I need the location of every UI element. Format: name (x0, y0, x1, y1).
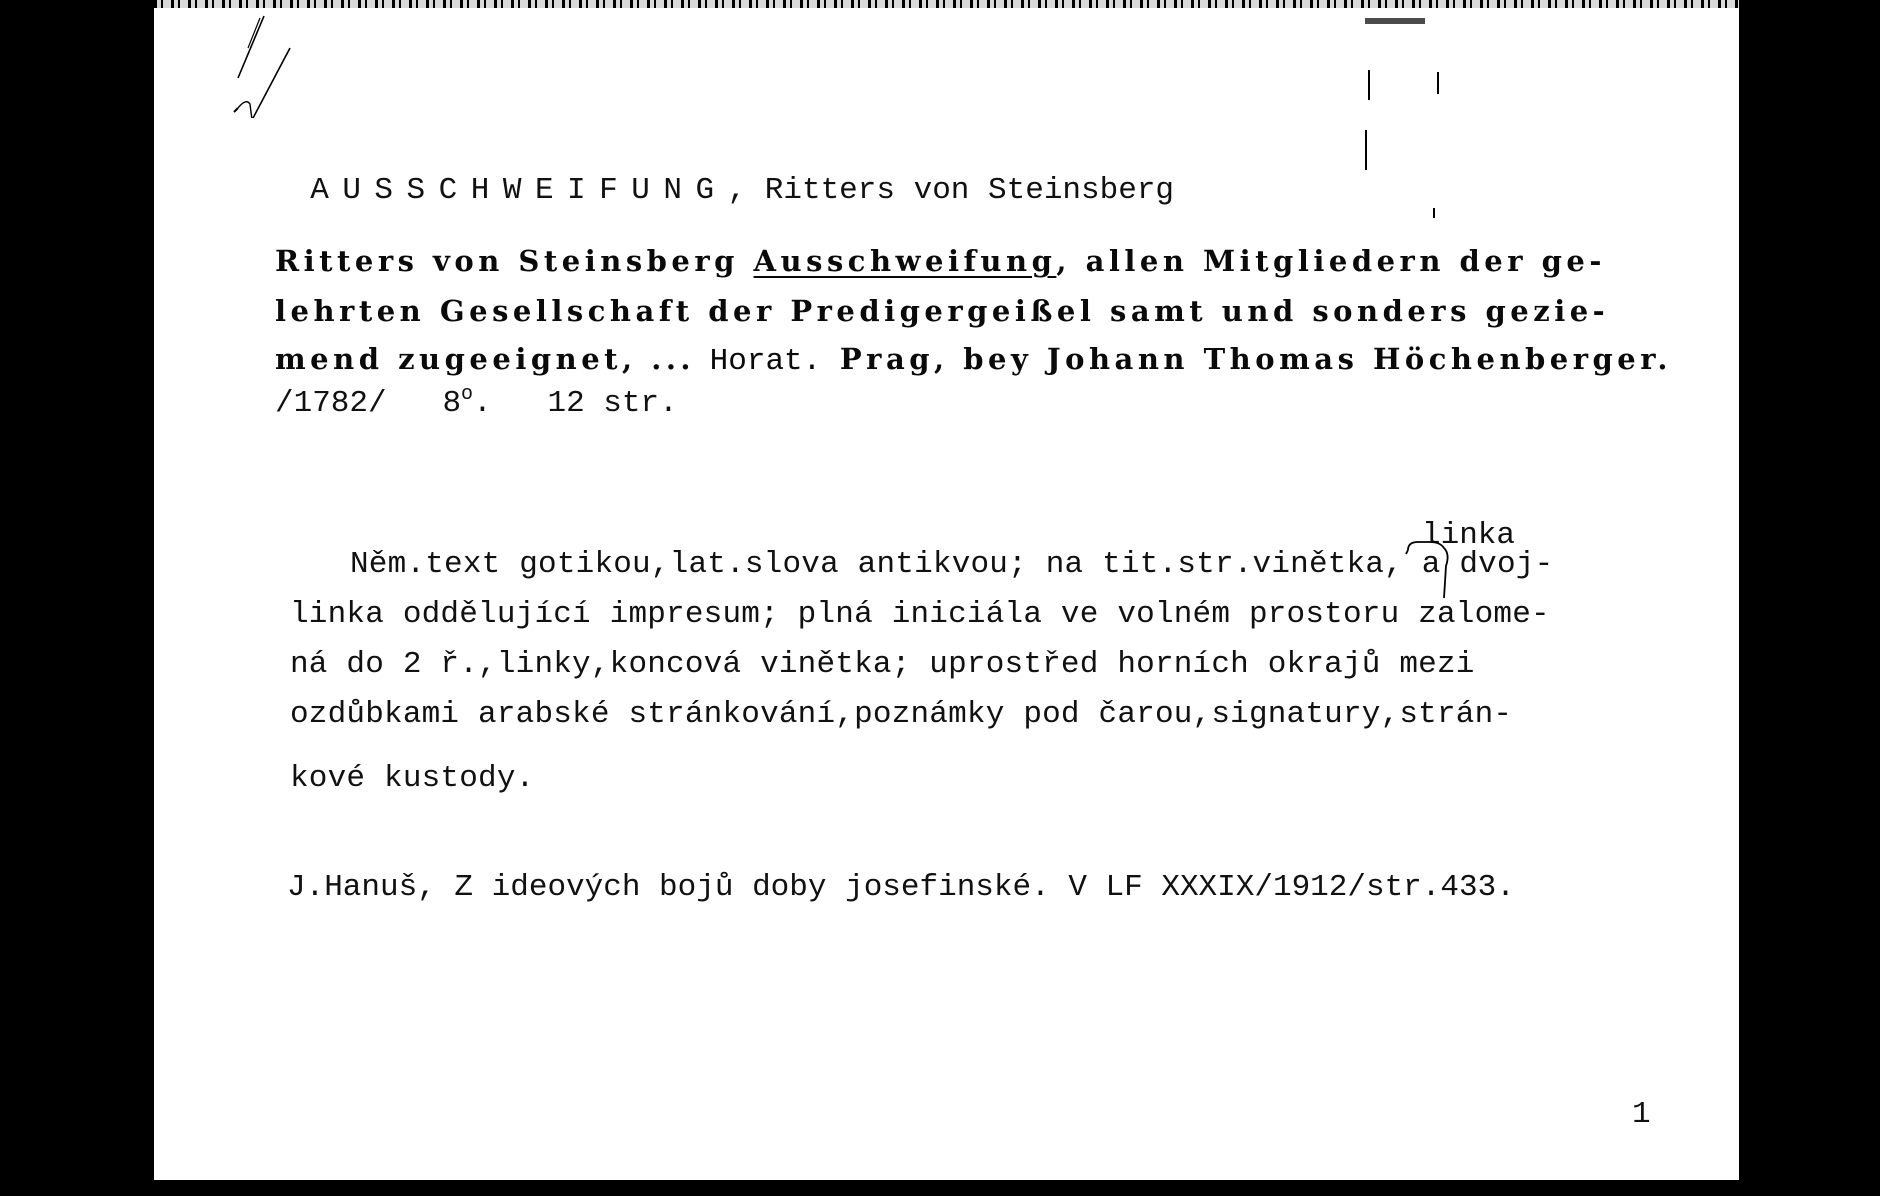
bib-pages: 12 str. (547, 386, 677, 421)
note-line-5: kové kustody. (290, 763, 534, 794)
scan-speck (1437, 72, 1439, 94)
bib-year: /1782/ (275, 386, 387, 421)
bib-text: , allen Mitgliedern der ge- (1056, 244, 1605, 278)
heading-title: AUSSCHWEIFUNG (310, 173, 727, 208)
bib-roman-word: Horat. (710, 344, 840, 379)
bib-format-end: . (473, 386, 492, 421)
note-line-4: ozdůbkami arabské stránkování,poznámky p… (290, 699, 1512, 730)
bib-line-3: mend zugeeignet, ... Horat. Prag, bey Jo… (275, 345, 1672, 377)
page-number: 1 (1632, 1099, 1651, 1130)
bib-format: 8 (442, 386, 461, 421)
bib-imprint: Prag, bey Johann Thomas Höchenberger. (840, 342, 1672, 376)
note-line-3: ná do 2 ř.,linky,koncová vinětka; uprost… (290, 649, 1475, 680)
scan-speck (1365, 130, 1367, 170)
bib-text: Ritters von Steinsberg (275, 244, 754, 278)
scan-speck (1433, 208, 1435, 218)
bib-line-1: Ritters von Steinsberg Ausschweifung, al… (275, 247, 1606, 276)
bib-text: mend zugeeignet, ... (275, 342, 710, 376)
heading-author: , Ritters von Steinsberg (728, 173, 1174, 208)
bib-format-degree: o (461, 383, 473, 406)
scan-speck (1365, 18, 1425, 24)
card-heading: AUSSCHWEIFUNG, Ritters von Steinsberg (273, 144, 1174, 206)
bib-line-2: lehrten Gesellschaft der Predigergeißel … (275, 297, 1609, 326)
bib-title-underlined: Ausschweifung (754, 244, 1057, 278)
scan-speck (1368, 70, 1370, 100)
note-line-1: Něm.text gotikou,lat.slova antikvou; na … (350, 549, 1553, 580)
note-line-2: linka oddělující impresum; plná iniciála… (290, 599, 1550, 630)
bib-line-4: /1782/ 8o. 12 str. (275, 385, 678, 419)
citation: J.Hanuš, Z ideových bojů doby josefinské… (287, 872, 1515, 903)
handwritten-mark-icon (200, 8, 300, 118)
scan-noise-top (154, 0, 1739, 8)
